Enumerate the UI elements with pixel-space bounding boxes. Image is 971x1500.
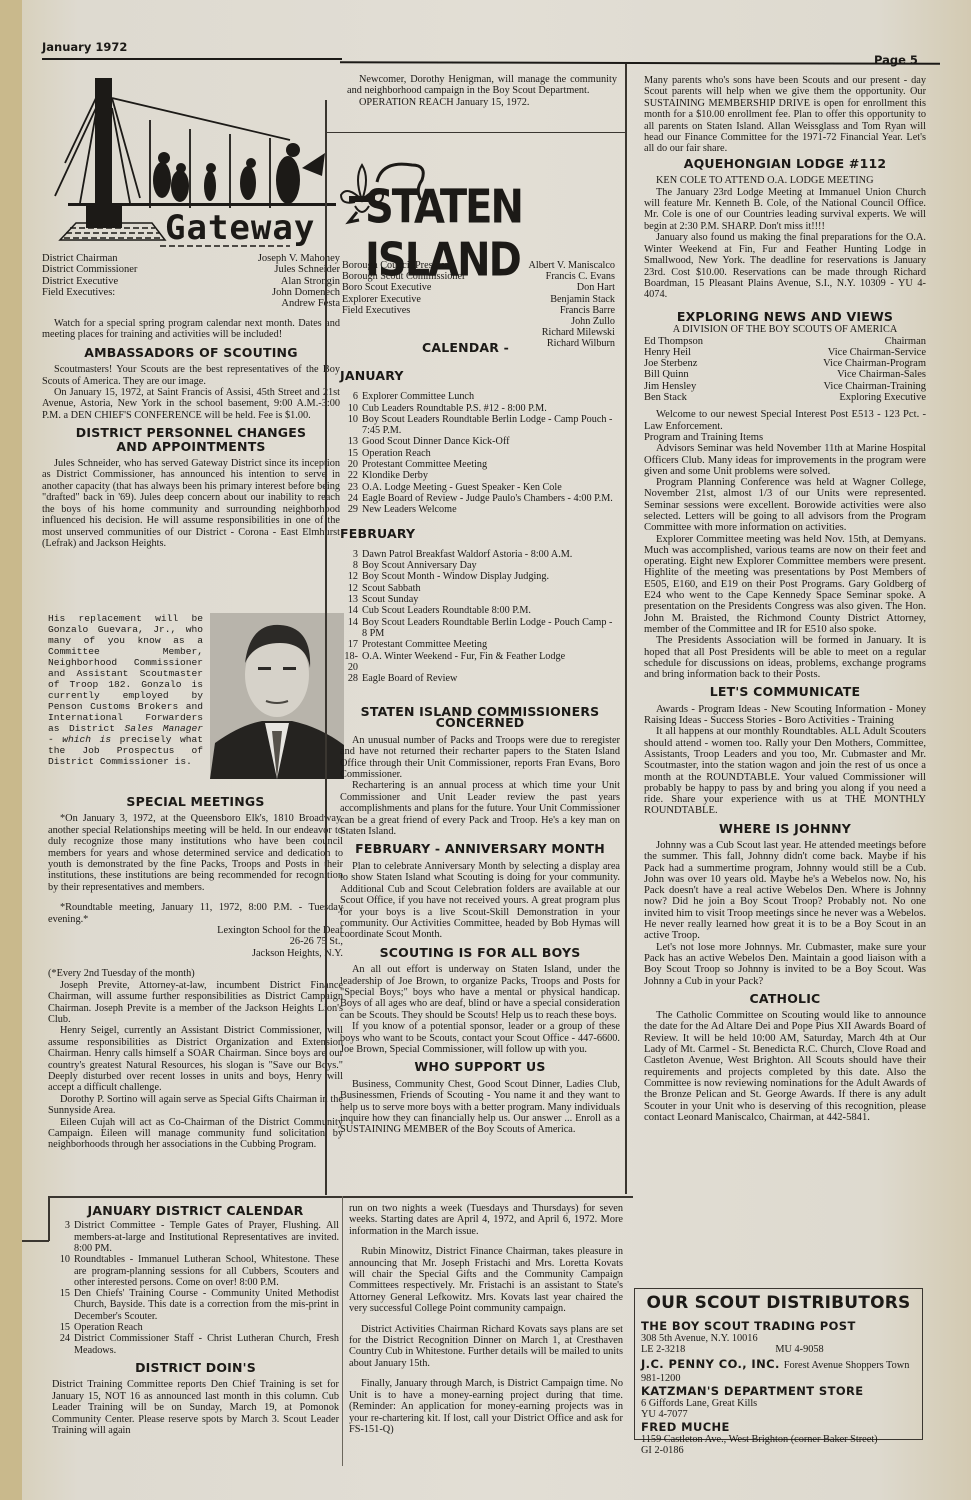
si-articles: STATEN ISLAND COMMISSIONERS CONCERNED An… [340, 700, 620, 1136]
continued-box-text: Newcomer, Dorothy Henigman, will manage … [325, 64, 625, 108]
roster-name: Ben Stack [644, 392, 687, 403]
paragraph: District Activities Chairman Richard Kov… [349, 1324, 623, 1370]
exploring-roster-row: Henry HeilVice Chairman-Service [644, 347, 926, 358]
anniversary-heading: FEBRUARY - ANNIVERSARY MONTH [340, 843, 620, 854]
exploring-roster-row: Bill QuinnVice Chairman-Sales [644, 369, 926, 380]
paragraph: The January 23rd Lodge Meeting at Immanu… [644, 187, 926, 233]
event-text: Den Chiefs' Training Course - Community … [74, 1288, 339, 1322]
event-text: District Committee - Temple Gates of Pra… [74, 1220, 339, 1254]
event-day: 15 [52, 1288, 70, 1322]
paragraph: Welcome to our newest Special Interest P… [644, 409, 926, 432]
event-day: 8 [340, 560, 358, 571]
personnel-heading-2: AND APPOINTMENTS [42, 441, 340, 452]
roster-role: Field Executives: [42, 287, 137, 298]
calendar-event: 15Operation Reach [340, 448, 618, 459]
paragraph: Henry Seigel, currently an Assistant Dis… [48, 1025, 343, 1093]
event-day: 29 [340, 504, 358, 515]
paragraph: Program Planning Conference was held at … [644, 477, 926, 533]
column-divider [325, 100, 327, 1195]
portrait-icon [210, 613, 344, 779]
calendar-event: 8Boy Scout Anniversary Day [340, 560, 618, 571]
distributors-box: OUR SCOUT DISTRIBUTORS THE BOY SCOUT TRA… [634, 1288, 923, 1440]
roster-role: District Chairman [42, 253, 137, 264]
paragraph: Scoutmasters! Your Scouts are the best r… [42, 364, 340, 387]
gateway-logo: Gateway [40, 68, 338, 250]
event-day: 3 [340, 549, 358, 560]
roster-name: Joseph V. Mahoney [258, 253, 340, 264]
exploring-subhead: A DIVISION OF THE BOY SCOUTS OF AMERICA [644, 324, 926, 335]
roundtable-note: *Roundtable meeting, January 11, 1972, 8… [48, 902, 343, 925]
roster-name: Albert V. Maniscalco [529, 260, 615, 271]
roster-name: Richard Milewski [529, 327, 615, 338]
column-divider [625, 64, 627, 1194]
february-events: 3Dawn Patrol Breakfast Waldorf Astoria -… [340, 549, 618, 685]
distributor-name: KATZMAN'S DEPARTMENT STORE [641, 1384, 916, 1398]
sustaining-drive: Many parents who's sons have been Scouts… [644, 75, 926, 155]
exploring-roster: Ed ThompsonChairmanHenry HeilVice Chairm… [644, 336, 926, 404]
issue-date: January 1972 [42, 40, 127, 54]
event-day: 28 [340, 673, 358, 684]
column-divider [342, 1196, 343, 1466]
calendar-event: 10Roundtables - Immanuel Lutheran School… [52, 1254, 339, 1288]
phone: 981-1200 [641, 1373, 916, 1384]
lodge-heading: AQUEHONGIAN LODGE #112 [644, 158, 926, 169]
roster-name: Richard Wilburn [529, 338, 615, 349]
event-text: Eagle Board of Review [362, 673, 457, 684]
paragraph: Explorer Committee meeting was held Nov.… [644, 534, 926, 636]
paragraph: Dorothy P. Sortino will again serve as S… [48, 1094, 343, 1117]
event-day: 18-20 [340, 651, 358, 674]
roster-role: Exploring Executive [839, 392, 926, 403]
event-day: 3 [52, 1220, 70, 1254]
calendar-event: 10Boy Scout Leaders Roundtable Berlin Lo… [340, 414, 618, 437]
replacement-text: His replacement will be Gonzalo Guevara,… [48, 613, 203, 767]
exploring-roster-row: Jim HensleyVice Chairman-Training [644, 381, 926, 392]
event-day: 20 [340, 459, 358, 470]
calendar-event: 12Boy Scout Month - Window Display Judgi… [340, 571, 618, 582]
paragraph: Jules Schneider, who has served Gateway … [42, 458, 340, 549]
event-text: Operation Reach [74, 1322, 143, 1333]
paragraph: The Catholic Committee on Scouting would… [644, 1010, 926, 1123]
distributor-name: THE BOY SCOUT TRADING POST [641, 1319, 916, 1333]
right-column: Many parents who's sons have been Scouts… [644, 75, 926, 1123]
paragraph: Let's not lose more Johnnys. Mr. Cubmast… [644, 942, 926, 987]
event-text: Roundtables - Immanuel Lutheran School, … [74, 1254, 339, 1288]
paragraph: Awards - Program Ideas - New Scouting In… [644, 704, 926, 727]
roster-role: District Commissioner [42, 264, 137, 275]
paragraph: Newcomer, Dorothy Henigman, will manage … [347, 74, 617, 97]
replacement-body: His replacement will be Gonzalo Guevara,… [48, 613, 203, 734]
distributors-heading: OUR SCOUT DISTRIBUTORS [641, 1293, 916, 1313]
event-day: 13 [340, 594, 358, 605]
event-day: 23 [340, 482, 358, 493]
roster-role: Vice Chairman-Service [828, 347, 926, 358]
paragraph: Joseph Previte, Attorney-at-law, incumbe… [48, 980, 343, 1026]
paragraph: An all out effort is underway on Staten … [340, 964, 620, 1021]
address-line: Jackson Heights, N.Y. [48, 948, 343, 959]
roster-role: Boro Scout Executive [342, 282, 465, 293]
personnel-heading: DISTRICT PERSONNEL CHANGES [42, 427, 340, 438]
event-text: New Leaders Welcome [362, 504, 457, 515]
gateway-logo-text: Gateway [165, 208, 315, 248]
newspaper-page: January 1972 Page 5 [22, 0, 971, 1500]
event-text: Protestant Committee Meeting [362, 459, 487, 470]
ambassadors-heading: AMBASSADORS OF SCOUTING [42, 347, 340, 358]
paragraph: On January 15, 1972, at Saint Francis of… [42, 387, 340, 421]
roster-name: Joe Sterbenz [644, 358, 697, 369]
roster-name: Andrew Festa [258, 298, 340, 309]
paragraph: Finally, January through March, is Distr… [349, 1378, 623, 1435]
january-label: JANUARY [340, 370, 618, 381]
event-day: 24 [52, 1333, 70, 1356]
support-heading: WHO SUPPORT US [340, 1061, 620, 1072]
event-day: 24 [340, 493, 358, 504]
roster-name: Bill Quinn [644, 369, 689, 380]
distributor-address: 1159 Castleton Ave., West Brighton (corn… [641, 1434, 916, 1445]
event-day: 15 [52, 1322, 70, 1333]
event-text: Boy Scout Month - Window Display Judging… [362, 571, 549, 582]
items-subhead: Program and Training Items [644, 432, 926, 443]
roster-role: Chairman [885, 336, 926, 347]
paragraph: An unusual number of Packs and Troops we… [340, 735, 620, 781]
catholic-heading: CATHOLIC [644, 993, 926, 1004]
distributor-phones: LE 2-3218 MU 4-9058 [641, 1344, 916, 1355]
event-day: 14 [340, 617, 358, 640]
roster-role: Borough Council President [342, 260, 465, 271]
january-events: 6Explorer Committee Lunch10Cub Leaders R… [340, 391, 618, 515]
exploring-roster-row: Ben StackExploring Executive [644, 392, 926, 403]
calendar-event: 6Explorer Committee Lunch [340, 391, 618, 402]
district-calendar-heading: JANUARY DISTRICT CALENDAR [52, 1205, 339, 1216]
paragraph: Advisors Seminar was held November 11th … [644, 443, 926, 477]
event-day: 10 [340, 403, 358, 414]
event-text: Eagle Board of Review - Judge Paulo's Ch… [362, 493, 613, 504]
roster-name: John Domenech [258, 287, 340, 298]
roster-name: Francis C. Evans [529, 271, 615, 282]
roster-name: Alan Strongin [258, 276, 340, 287]
calendar-event: 14Cub Scout Leaders Roundtable 8:00 P.M. [340, 605, 618, 616]
commissioners-heading: STATEN ISLAND COMMISSIONERS CONCERNED [340, 706, 620, 729]
roster-role: Borough Scout Commissioner [342, 271, 465, 282]
event-text: Good Scout Dinner Dance Kick-Off [362, 436, 510, 447]
gateway-intro: Watch for a special spring program calen… [42, 318, 340, 341]
february-label: FEBRUARY [340, 528, 618, 539]
address-line: 26-26 75 St., [48, 936, 343, 947]
roster-name: Ed Thompson [644, 336, 703, 347]
event-day: 10 [340, 414, 358, 437]
calendar-event: 14Boy Scout Leaders Roundtable Berlin Lo… [340, 617, 618, 640]
johnny-heading: WHERE IS JOHNNY [644, 823, 926, 834]
calendar-event: 24District Commissioner Staff - Christ L… [52, 1333, 339, 1356]
phone: MU 4-9058 [775, 1344, 823, 1355]
calendar-box-left [48, 1196, 50, 1241]
district-calendar: JANUARY DISTRICT CALENDAR 3District Comm… [52, 1205, 339, 1436]
roster-role: Vice Chairman-Training [823, 381, 926, 392]
event-text: Operation Reach [362, 448, 431, 459]
si-calendar: JANUARY 6Explorer Committee Lunch10Cub L… [340, 370, 618, 684]
district-calendar-events: 3District Committee - Temple Gates of Pr… [52, 1220, 339, 1356]
roster-name: Jim Hensley [644, 381, 696, 392]
event-text: Scout Sabbath [362, 583, 421, 594]
district-doins-heading: DISTRICT DOIN'S [52, 1362, 339, 1373]
header-rule-left [42, 58, 342, 60]
staten-island-logo: STATEN ISLAND [337, 160, 617, 250]
event-text: Boy Scout Leaders Roundtable Berlin Lodg… [362, 414, 618, 437]
event-text: Cub Leaders Roundtable P.S. #12 - 8:00 P… [362, 403, 547, 414]
event-text: Protestant Committee Meeting [362, 639, 487, 650]
calendar-event: 17Protestant Committee Meeting [340, 639, 618, 650]
calendar-event: 13Good Scout Dinner Dance Kick-Off [340, 436, 618, 447]
paragraph: Eileen Cujah will act as Co-Chairman of … [48, 1117, 343, 1151]
paragraph: Rechartering is an annual process at whi… [340, 780, 620, 837]
event-day: 12 [340, 571, 358, 582]
calendar-event: 12Scout Sabbath [340, 583, 618, 594]
event-text: Klondike Derby [362, 470, 428, 481]
roster-role: Vice Chairman-Sales [837, 369, 926, 380]
distributor-address: Forest Avenue Shoppers Town [784, 1360, 910, 1371]
distributor-name: FRED MUCHE [641, 1420, 916, 1434]
gateway-roster-names: Joseph V. Mahoney Jules Schneider Alan S… [258, 253, 340, 309]
all-boys-heading: SCOUTING IS FOR ALL BOYS [340, 947, 620, 958]
event-day: 14 [340, 605, 358, 616]
paragraph: The Presidents Association will be forme… [644, 635, 926, 680]
roster-name: Francis Barre [529, 305, 615, 316]
staten-island-roster: Borough Council President Borough Scout … [342, 260, 615, 350]
exploring-roster-row: Ed ThompsonChairman [644, 336, 926, 347]
paragraph: Plan to celebrate Anniversary Month by s… [340, 861, 620, 941]
calendar-heading: CALENDAR - [422, 340, 509, 355]
calendar-event: 13Scout Sunday [340, 594, 618, 605]
event-text: Explorer Committee Lunch [362, 391, 474, 402]
event-day: 12 [340, 583, 358, 594]
phone: LE 2-3218 [641, 1344, 685, 1355]
event-day: 6 [340, 391, 358, 402]
paragraph: Johnny was a Cub Scout last year. He att… [644, 840, 926, 942]
calendar-event: 22Klondike Derby [340, 470, 618, 481]
continued-box: Newcomer, Dorothy Henigman, will manage … [325, 64, 626, 133]
footnote: (*Every 2nd Tuesday of the month) [48, 968, 343, 979]
gateway-roster: District Chairman District Commissioner … [42, 253, 340, 309]
paragraph: Rubin Minowitz, District Finance Chairma… [349, 1246, 623, 1314]
calendar-event: 15Operation Reach [52, 1322, 339, 1333]
exploring-body: Welcome to our newest Special Interest P… [644, 409, 926, 1123]
roster-name: Henry Heil [644, 347, 691, 358]
special-meetings-heading: SPECIAL MEETINGS [48, 796, 343, 807]
event-text: Boy Scout Leaders Roundtable Berlin Lodg… [362, 617, 618, 640]
roster-role: Explorer Executive [342, 294, 465, 305]
roster-name: John Zullo [529, 316, 615, 327]
phone: YU 4-7077 [641, 1409, 916, 1420]
paragraph: If you know of a potential sponsor, lead… [340, 1021, 620, 1055]
gateway-section: Watch for a special spring program calen… [42, 318, 340, 549]
si-roster-roles: Borough Council President Borough Scout … [342, 260, 465, 350]
paragraph: run on two nights a week (Tuesdays and T… [349, 1203, 623, 1237]
paragraph: It all happens at our monthly Roundtable… [644, 726, 926, 816]
event-day: 13 [340, 436, 358, 447]
calendar-box-top [48, 1196, 633, 1198]
distributor-address: 6 Giffords Lane, Great Kills [641, 1398, 916, 1409]
exploring-heading: EXPLORING NEWS AND VIEWS [644, 311, 926, 322]
lodge-subhead: KEN COLE TO ATTEND O.A. LODGE MEETING [644, 175, 926, 186]
event-day: 15 [340, 448, 358, 459]
event-day: 10 [52, 1254, 70, 1288]
paragraph: OPERATION REACH January 15, 1972. [347, 97, 617, 108]
roster-name: Benjamin Stack [529, 294, 615, 305]
event-text: O.A. Lodge Meeting - Guest Speaker - Ken… [362, 482, 562, 493]
calendar-event: 15Den Chiefs' Training Course - Communit… [52, 1288, 339, 1322]
calendar-box-notch [22, 1240, 49, 1242]
calendar-event: 18-20O.A. Winter Weekend - Fur, Fin & Fe… [340, 651, 618, 674]
paragraph: *On January 3, 1972, at the Queensboro E… [48, 813, 343, 893]
district-doins-text: District Training Committee reports Den … [52, 1379, 339, 1436]
roster-name: Don Hart [529, 282, 615, 293]
calendar-event: 29New Leaders Welcome [340, 504, 618, 515]
district-continued: run on two nights a week (Tuesdays and T… [349, 1203, 623, 1435]
communicate-heading: LET'S COMMUNICATE [644, 686, 926, 697]
calendar-event: 3District Committee - Temple Gates of Pr… [52, 1220, 339, 1254]
event-text: Cub Scout Leaders Roundtable 8:00 P.M. [362, 605, 531, 616]
event-text: Scout Sunday [362, 594, 418, 605]
page-number: Page 5 [874, 53, 918, 67]
special-meetings-section: SPECIAL MEETINGS *On January 3, 1972, at… [48, 790, 343, 1151]
distributor-name: J.C. PENNY CO., INC. [641, 1357, 780, 1371]
exploring-roster-row: Joe SterbenzVice Chairman-Program [644, 358, 926, 369]
event-text: O.A. Winter Weekend - Fur, Fin & Feather… [362, 651, 565, 674]
calendar-event: 10Cub Leaders Roundtable P.S. #12 - 8:00… [340, 403, 618, 414]
gateway-roster-roles: District Chairman District Commissioner … [42, 253, 137, 309]
event-text: District Commissioner Staff - Christ Lut… [74, 1333, 339, 1356]
roster-role: District Executive [42, 276, 137, 287]
event-text: Boy Scout Anniversary Day [362, 560, 477, 571]
portrait-photo [210, 613, 344, 779]
roster-name: Jules Schneider [258, 264, 340, 275]
calendar-event: 20Protestant Committee Meeting [340, 459, 618, 470]
distributor-address: 308 5th Avenue, N.Y. 10016 [641, 1333, 916, 1344]
event-text: Dawn Patrol Breakfast Waldorf Astoria - … [362, 549, 572, 560]
calendar-event: 28Eagle Board of Review [340, 673, 618, 684]
paragraph: January also found us making the final p… [644, 232, 926, 300]
distributor-penny: J.C. PENNY CO., INC. Forest Avenue Shopp… [641, 1355, 916, 1373]
si-roster-names: Albert V. Maniscalco Francis C. Evans Do… [529, 260, 615, 350]
address-line: Lexington School for the Deaf [48, 925, 343, 936]
calendar-event: 3Dawn Patrol Breakfast Waldorf Astoria -… [340, 549, 618, 560]
paragraph: Business, Community Chest, Good Scout Di… [340, 1079, 620, 1136]
roster-role: Vice Chairman-Program [823, 358, 926, 369]
calendar-event: 23O.A. Lodge Meeting - Guest Speaker - K… [340, 482, 618, 493]
roundtable-address: Lexington School for the Deaf 26-26 75 S… [48, 925, 343, 959]
event-day: 17 [340, 639, 358, 650]
event-day: 22 [340, 470, 358, 481]
calendar-event: 24Eagle Board of Review - Judge Paulo's … [340, 493, 618, 504]
roster-role: Field Executives [342, 305, 465, 316]
phone: GI 2-0186 [641, 1445, 916, 1456]
